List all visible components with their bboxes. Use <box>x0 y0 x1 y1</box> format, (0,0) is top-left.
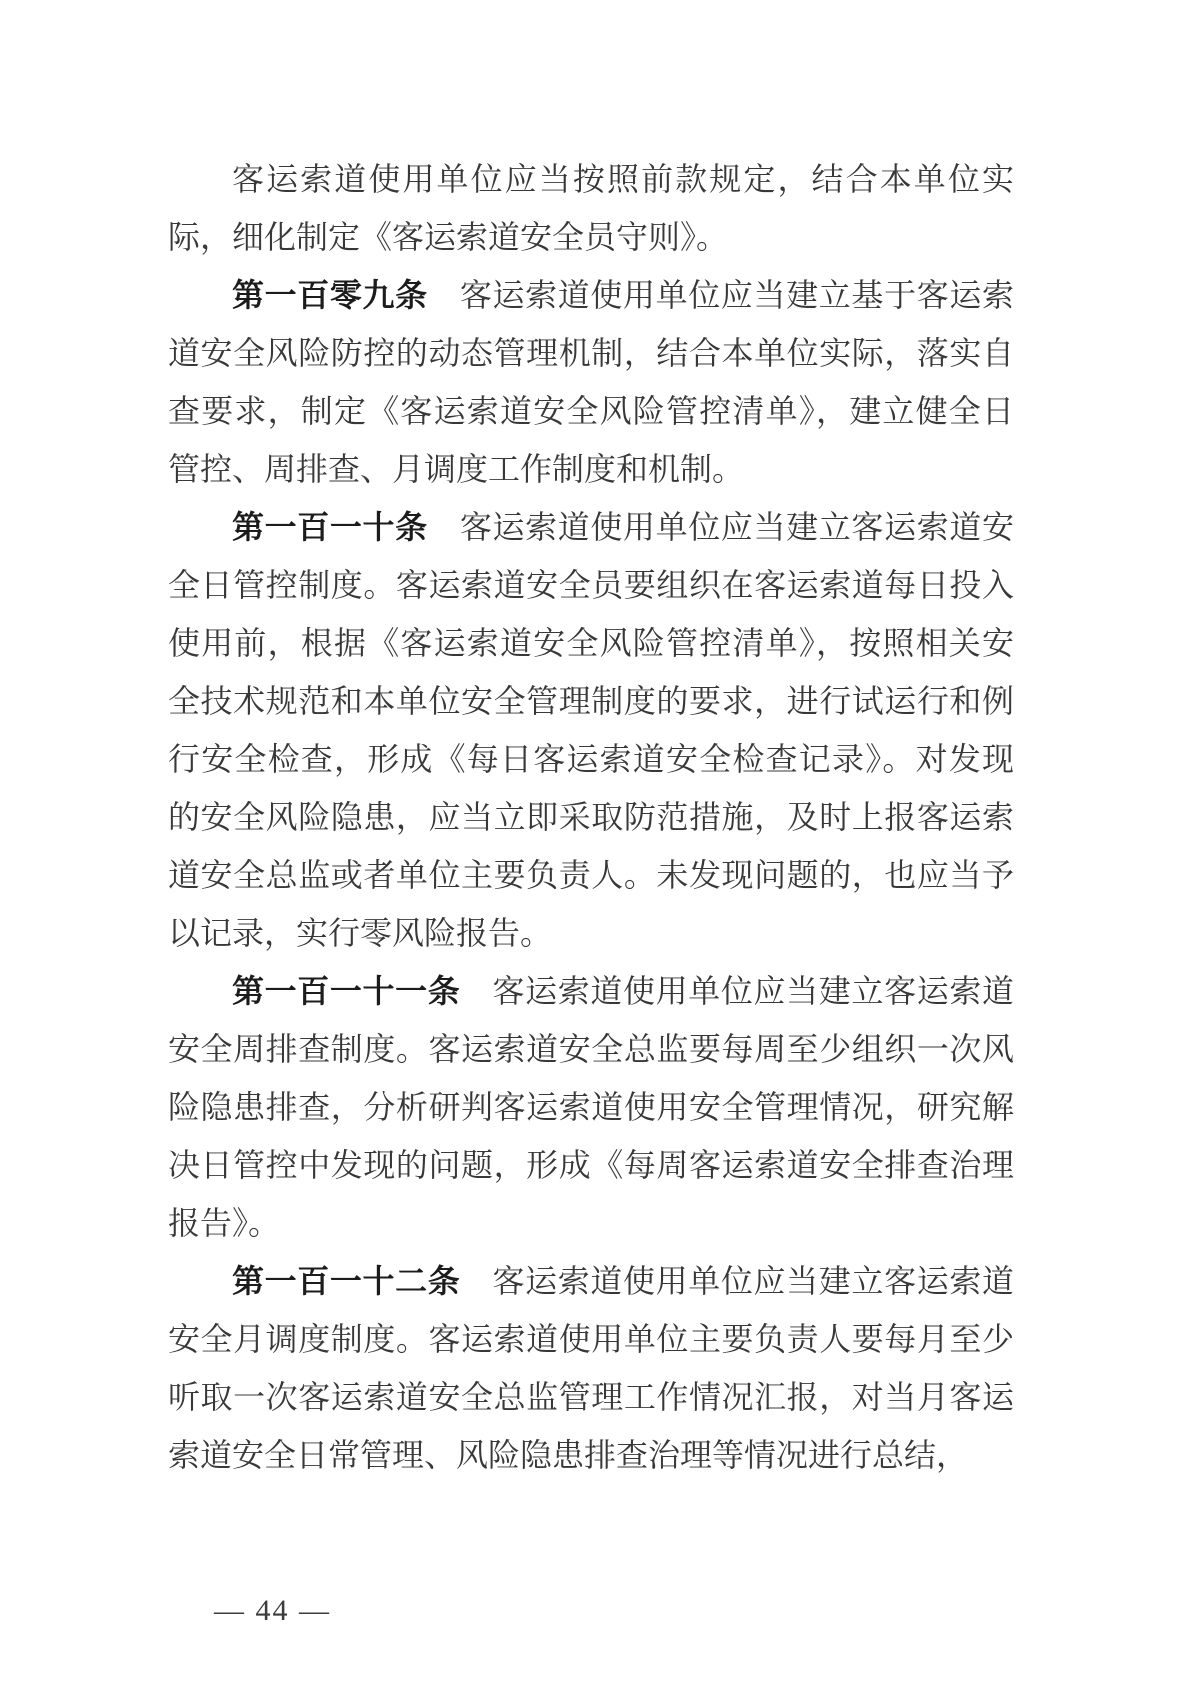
document-page: 客运索道使用单位应当按照前款规定，结合本单位实际，细化制定《客运索道安全员守则》… <box>0 0 1190 1683</box>
paragraph-continuation: 客运索道使用单位应当按照前款规定，结合本单位实际，细化制定《客运索道安全员守则》… <box>168 150 1014 266</box>
article-111-text: 客运索道使用单位应当建立客运索道安全周排查制度。客运索道安全总监要每周至少组织一… <box>168 973 1014 1241</box>
paragraph-article-109: 第一百零九条客运索道使用单位应当建立基于客运索道安全风险防控的动态管理机制，结合… <box>168 266 1014 498</box>
paragraph-article-112: 第一百一十二条客运索道使用单位应当建立客运索道安全月调度制度。客运索道使用单位主… <box>168 1252 1014 1484</box>
page-number: — 44 — <box>214 1594 331 1627</box>
article-112-number: 第一百一十二条 <box>232 1263 460 1299</box>
document-body: 客运索道使用单位应当按照前款规定，结合本单位实际，细化制定《客运索道安全员守则》… <box>168 150 1014 1484</box>
paragraph-article-110: 第一百一十条客运索道使用单位应当建立客运索道安全日管控制度。客运索道安全员要组织… <box>168 498 1014 962</box>
paragraph-article-111: 第一百一十一条客运索道使用单位应当建立客运索道安全周排查制度。客运索道安全总监要… <box>168 962 1014 1252</box>
article-111-number: 第一百一十一条 <box>232 973 460 1009</box>
article-110-number: 第一百一十条 <box>232 509 428 545</box>
article-110-text: 客运索道使用单位应当建立客运索道安全日管控制度。客运索道安全员要组织在客运索道每… <box>168 509 1014 951</box>
paragraph-text: 客运索道使用单位应当按照前款规定，结合本单位实际，细化制定《客运索道安全员守则》… <box>168 161 1014 255</box>
article-109-number: 第一百零九条 <box>232 277 428 313</box>
page-footer: — 44 — <box>176 1560 331 1662</box>
